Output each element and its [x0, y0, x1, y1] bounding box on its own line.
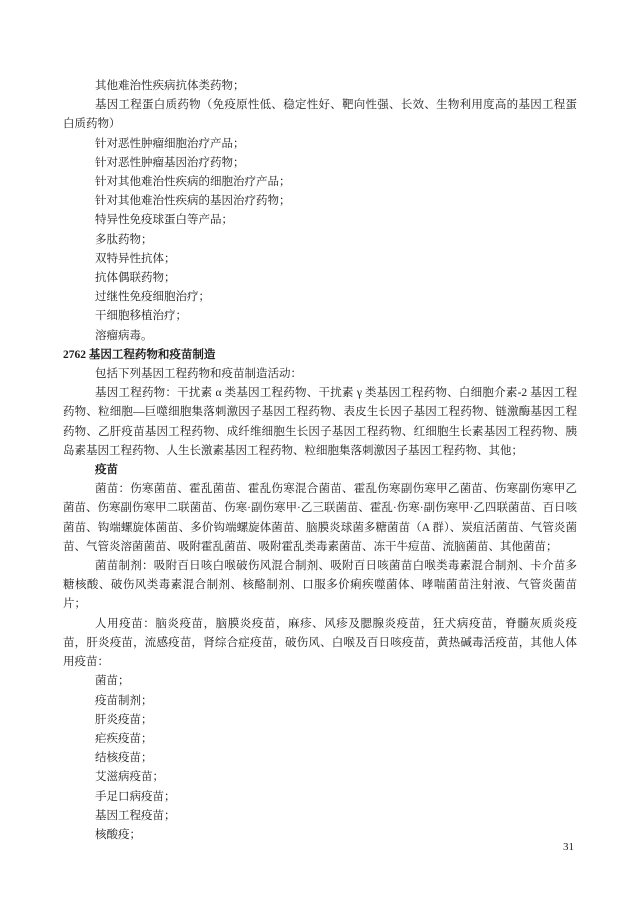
paragraph: 艾滋病疫苗；	[63, 768, 577, 787]
paragraph: 抗体偶联药物；	[63, 269, 577, 288]
paragraph: 手足口病疫苗；	[63, 788, 577, 807]
subsection-heading: 疫苗	[63, 461, 577, 480]
section-heading: 2762 基因工程药物和疫苗制造	[63, 346, 577, 365]
paragraph: 疫苗制剂；	[63, 692, 577, 711]
paragraph: 其他难治性疾病抗体类药物；	[63, 77, 577, 96]
document-page: 其他难治性疾病抗体类药物；基因工程蛋白质药物（免疫原性低、稳定性好、靶向性强、长…	[0, 0, 640, 905]
paragraph: 特异性免疫球蛋白等产品；	[63, 211, 577, 230]
paragraph: 菌苗；	[63, 672, 577, 691]
paragraph: 人用疫苗：脑炎疫苗，脑膜炎疫苗，麻疹、风疹及腮腺炎疫苗，狂犬病疫苗，脊髓灰质炎疫…	[63, 615, 577, 673]
paragraph: 针对恶性肿瘤基因治疗药物；	[63, 154, 577, 173]
paragraph: 过继性免疫细胞治疗；	[63, 288, 577, 307]
paragraph: 肝炎疫苗；	[63, 711, 577, 730]
paragraph: 菌苗制剂：吸附百日咳白喉破伤风混合制剂、吸附百日咳菌苗白喉类毒素混合制剂、卡介苗…	[63, 557, 577, 615]
paragraph: 双特异性抗体；	[63, 250, 577, 269]
document-content: 其他难治性疾病抗体类药物；基因工程蛋白质药物（免疫原性低、稳定性好、靶向性强、长…	[63, 77, 577, 845]
page-number: 31	[563, 840, 574, 854]
paragraph: 菌苗：伤寒菌苗、霍乱菌苗、霍乱伤寒混合菌苗、霍乱伤寒副伤寒甲乙菌苗、伤寒副伤寒甲…	[63, 480, 577, 557]
paragraph: 核酸疫；	[63, 826, 577, 845]
paragraph: 结核疫苗；	[63, 749, 577, 768]
paragraph: 针对恶性肿瘤细胞治疗产品；	[63, 135, 577, 154]
paragraph: 基因工程疫苗；	[63, 807, 577, 826]
paragraph: 多肽药物；	[63, 231, 577, 250]
paragraph: 针对其他难治性疾病的细胞治疗产品；	[63, 173, 577, 192]
paragraph: 疟疾疫苗；	[63, 730, 577, 749]
paragraph: 溶瘤病毒。	[63, 327, 577, 346]
paragraph: 基因工程蛋白质药物（免疫原性低、稳定性好、靶向性强、长效、生物利用度高的基因工程…	[63, 96, 577, 134]
paragraph: 基因工程药物：干扰素 α 类基因工程药物、干扰素 γ 类基因工程药物、白细胞介素…	[63, 384, 577, 461]
paragraph: 包括下列基因工程药物和疫苗制造活动：	[63, 365, 577, 384]
paragraph: 针对其他难治性疾病的基因治疗药物；	[63, 192, 577, 211]
paragraph: 干细胞移植治疗；	[63, 307, 577, 326]
